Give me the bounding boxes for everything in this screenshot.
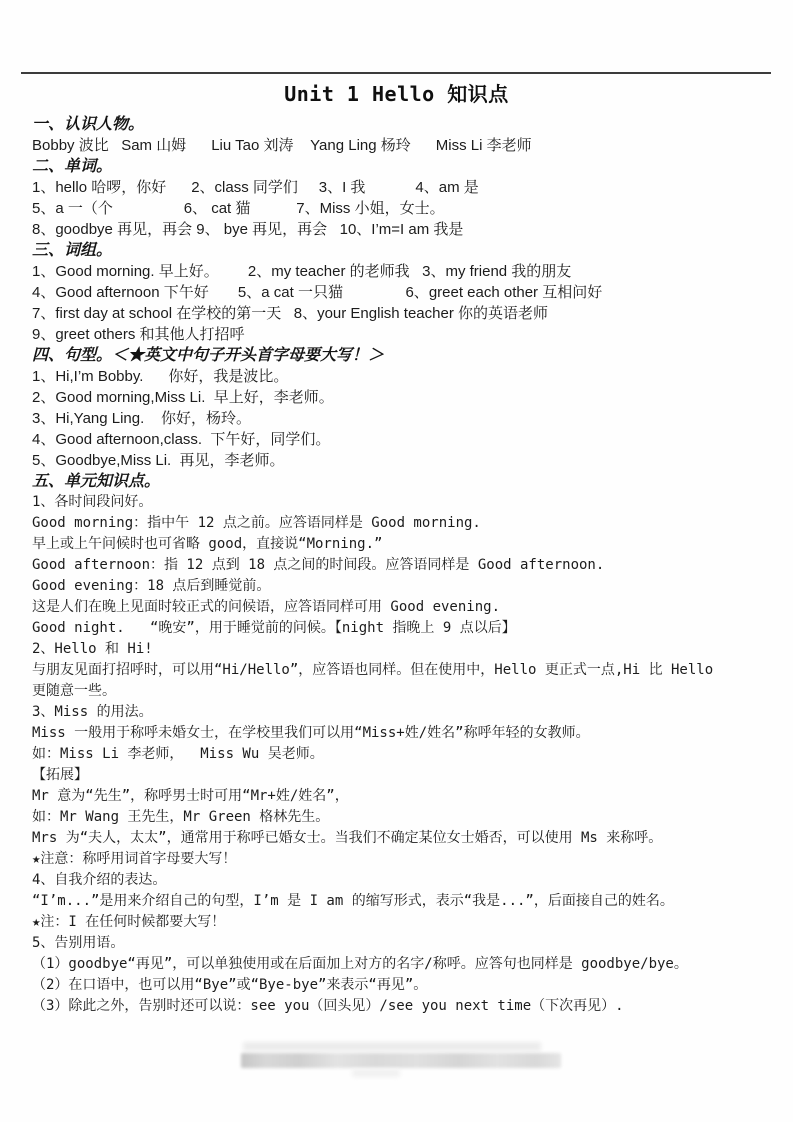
text-line: Mr 意为“先生”，称呼男士时可用“Mr+姓/姓名”， — [32, 786, 774, 807]
text-line: 与朋友见面打招呼时，可以用“Hi/Hello”，应答语也同样。但在使用中，Hel… — [32, 660, 774, 681]
section-heading: 四、句型。＜★英文中句子开头首字母要大写！＞ — [32, 345, 774, 366]
text-line: Miss 一般用于称呼未婚女士，在学校里我们可以用“Miss+姓/姓名”称呼年轻… — [32, 723, 774, 744]
page-title: Unit 1 Hello 知识点 — [0, 78, 793, 107]
text-line: 3、Miss 的用法。 — [32, 702, 774, 723]
text-line: Mrs 为“夫人，太太”，通常用于称呼已婚女士。当我们不确定某位女士婚否，可以使… — [32, 828, 774, 849]
section-heading: 三、词组。 — [32, 240, 774, 261]
section-heading: 二、单词。 — [32, 156, 774, 177]
blurred-watermark-blob — [352, 1069, 400, 1077]
text-line: 9、greet others 和其他人打招呼 — [32, 324, 774, 345]
text-line: ★注：I 在任何时候都要大写！ — [32, 912, 774, 933]
text-line: “I’m...”是用来介绍自己的句型，I’m 是 I am 的缩写形式，表示“我… — [32, 891, 774, 912]
text-line: 5、Goodbye,Miss Li. 再见，李老师。 — [32, 450, 774, 471]
text-line: 4、自我介绍的表达。 — [32, 870, 774, 891]
text-line: 早上或上午问候时也可省略 good，直接说“Morning.” — [32, 534, 774, 555]
text-line: 7、first day at school 在学校的第一天 8、your Eng… — [32, 303, 774, 324]
text-line: 更随意一些。 — [32, 681, 774, 702]
text-line: ★注意：称呼用词首字母要大写！ — [32, 849, 774, 870]
text-line: 5、告别用语。 — [32, 933, 774, 954]
text-line: 4、Good afternoon 下午好 5、a cat 一只猫 6、greet… — [32, 282, 774, 303]
text-line: 2、Hello 和 Hi! — [32, 639, 774, 660]
text-line: Good evening：18 点后到睡觉前。 — [32, 576, 774, 597]
text-line: Bobby 波比 Sam 山姆 Liu Tao 刘涛 Yang Ling 杨玲 … — [32, 135, 774, 156]
text-line: 1、各时间段问好。 — [32, 492, 774, 513]
text-line: 4、Good afternoon,class. 下午好，同学们。 — [32, 429, 774, 450]
text-line: 5、a 一（个 6、 cat 猫 7、Miss 小姐，女士。 — [32, 198, 774, 219]
text-line: 8、goodbye 再见，再会 9、 bye 再见，再会 10、I’m=I am… — [32, 219, 774, 240]
text-line: （2）在口语中，也可以用“Bye”或“Bye-bye”来表示“再见”。 — [32, 975, 774, 996]
title-divider-line — [21, 72, 771, 74]
text-line: 1、Hi,I’m Bobby. 你好，我是波比。 — [32, 366, 774, 387]
text-line: Good morning：指中午 12 点之前。应答语同样是 Good morn… — [32, 513, 774, 534]
section-heading: 一、认识人物。 — [32, 114, 774, 135]
document-body: 一、认识人物。Bobby 波比 Sam 山姆 Liu Tao 刘涛 Yang L… — [32, 114, 774, 1017]
text-line: Good afternoon：指 12 点到 18 点之间的时间段。应答语同样是… — [32, 555, 774, 576]
section-heading: 五、单元知识点。 — [32, 471, 774, 492]
text-line: 3、Hi,Yang Ling. 你好，杨玲。 — [32, 408, 774, 429]
text-line: 2、Good morning,Miss Li. 早上好，李老师。 — [32, 387, 774, 408]
text-line: 如：Mr Wang 王先生，Mr Green 格林先生。 — [32, 807, 774, 828]
text-line: （1）goodbye“再见”，可以单独使用或在后面加上对方的名字/称呼。应答句也… — [32, 954, 774, 975]
blurred-watermark — [241, 1053, 561, 1068]
text-line: 1、Good morning. 早上好。 2、my teacher 的老师我 3… — [32, 261, 774, 282]
blurred-watermark-top — [243, 1042, 541, 1051]
text-line: 这是人们在晚上见面时较正式的问候语，应答语同样可用 Good evening. — [32, 597, 774, 618]
text-line: 如：Miss Li 李老师， Miss Wu 吴老师。 — [32, 744, 774, 765]
text-line: （3）除此之外，告别时还可以说：see you（回头见）/see you nex… — [32, 996, 774, 1017]
document-page: Unit 1 Hello 知识点 一、认识人物。Bobby 波比 Sam 山姆 … — [0, 0, 793, 1122]
text-line: Good night. “晚安”，用于睡觉前的问候。【night 指晚上 9 点… — [32, 618, 774, 639]
text-line: 【拓展】 — [32, 765, 774, 786]
text-line: 1、hello 哈啰，你好 2、class 同学们 3、I 我 4、am 是 — [32, 177, 774, 198]
